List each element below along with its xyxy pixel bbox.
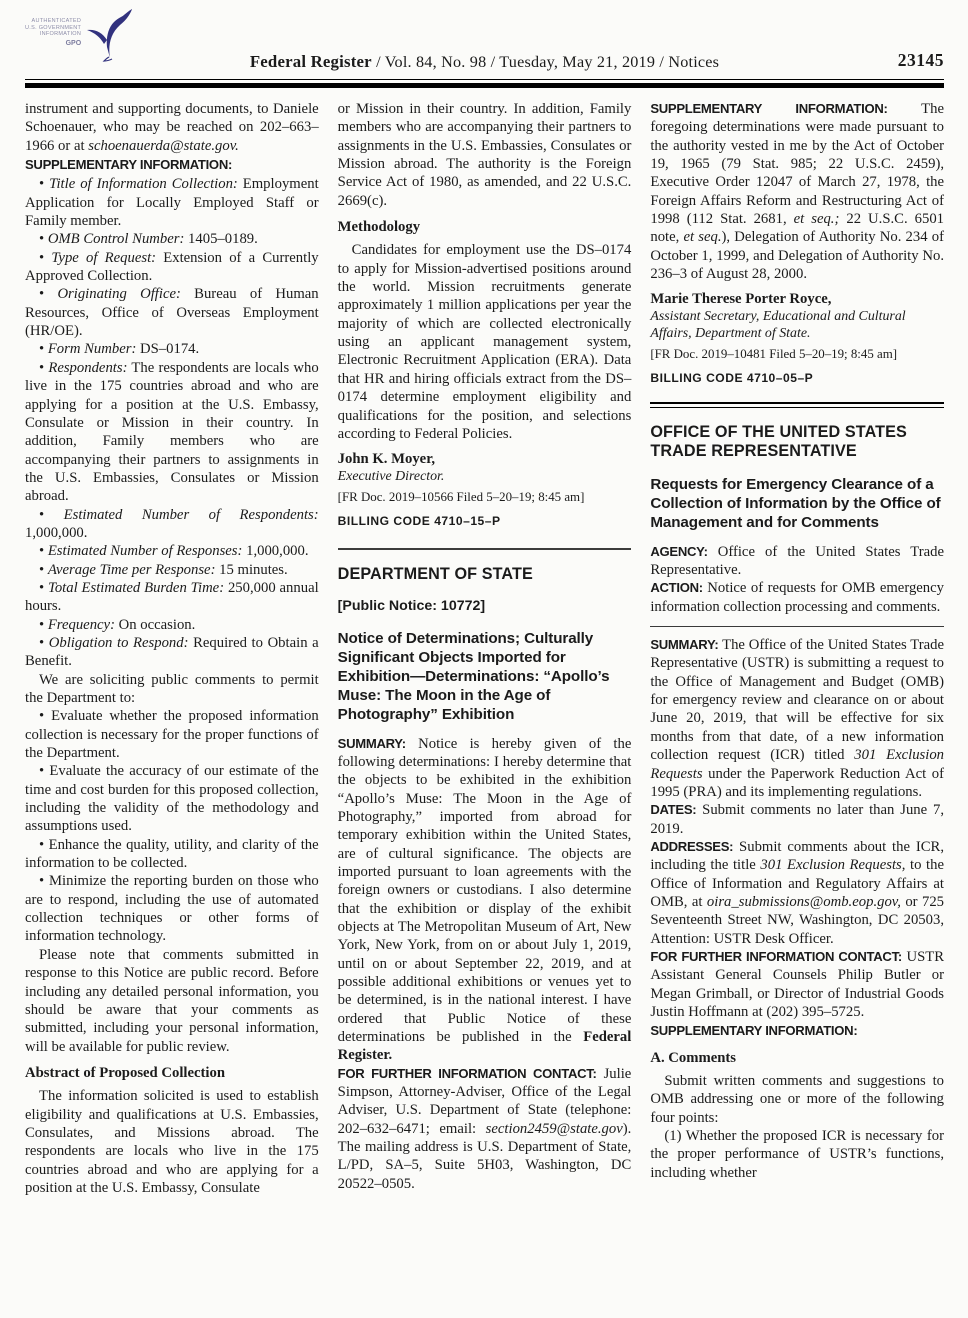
text-run: • Minimize the reporting burden on those…	[25, 873, 319, 944]
bullet-item: • Total Estimated Burden Time: 250,000 a…	[25, 579, 319, 616]
paragraph: or Mission in their country. In addition…	[338, 100, 632, 210]
text-run: Notice is hereby given of the following …	[338, 736, 632, 1046]
text-run: Estimated Number of Respondents:	[64, 507, 319, 523]
federal-register-page: { "header": { "seal": { "line1": "AUTHEN…	[0, 0, 968, 1318]
bullet-item: • Title of Information Collection: Emplo…	[25, 175, 319, 230]
summary-rule	[650, 626, 944, 627]
bullet-item: • Originating Office: Bureau of Human Re…	[25, 285, 319, 340]
text-run: The foregoing determinations were made p…	[650, 101, 944, 227]
gpo-label: GPO	[25, 40, 81, 47]
info-label: SUPPLEMENTARY INFORMATION:	[25, 156, 319, 174]
text-run: 1,000,000.	[242, 543, 308, 559]
labeled-paragraph: SUPPLEMENTARY INFORMATION: The foregoing…	[650, 100, 944, 283]
page-number: 23145	[898, 50, 944, 71]
masthead-title-rest: / Vol. 84, No. 98 / Tuesday, May 21, 201…	[372, 53, 719, 71]
labeled-paragraph: DATES: Submit comments no later than Jun…	[650, 801, 944, 838]
text-run: Notice of Determinations; Culturally Sig…	[338, 630, 610, 723]
text-run: 301 Exclusion Requests,	[760, 857, 905, 873]
text-run: OMB Control Number:	[48, 231, 185, 247]
text-run: [FR Doc. 2019–10481 Filed 5–20–19; 8:45 …	[650, 347, 897, 361]
column-2: or Mission in their country. In addition…	[338, 100, 632, 1197]
labeled-paragraph: FOR FURTHER INFORMATION CONTACT: Julie S…	[338, 1065, 632, 1193]
bullet-item: • Obligation to Respond: Required to Obt…	[25, 634, 319, 671]
paragraph: instrument and supporting documents, to …	[25, 100, 319, 155]
text-run: section2459@state.gov	[486, 1121, 623, 1137]
bullet-item: • Enhance the quality, utility, and clar…	[25, 836, 319, 873]
subsection-heading: Abstract of Proposed Collection	[25, 1064, 319, 1082]
text-run: Please note that comments submitted in r…	[25, 947, 319, 1055]
text-run: John K. Moyer,	[338, 451, 435, 467]
text-run: Respondents:	[48, 360, 127, 376]
text-run: •	[39, 635, 49, 651]
text-run: Methodology	[338, 219, 420, 235]
separator-rule	[338, 548, 632, 550]
text-run: •	[39, 341, 48, 357]
text-run: The information solicited is used to est…	[25, 1088, 319, 1196]
masthead: AUTHENTICATED U.S. GOVERNMENT INFORMATIO…	[25, 6, 944, 88]
text-run: 1405–0189.	[184, 231, 257, 247]
separator-double-rule	[650, 402, 944, 408]
labeled-paragraph: SUMMARY: Notice is hereby given of the f…	[338, 735, 632, 1065]
text-run: Assistant Secretary, Educational and Cul…	[650, 309, 905, 341]
text-run: oira_submissions@omb.eop.gov,	[707, 894, 901, 910]
text-run: Submit written comments and suggestions …	[650, 1073, 944, 1126]
document-title: Notice of Determinations; Culturally Sig…	[338, 629, 632, 724]
signature-name: John K. Moyer,	[338, 450, 632, 468]
text-run: Total Estimated Burden Time:	[48, 580, 224, 596]
text-run: •	[39, 231, 48, 247]
text-run: SUMMARY:	[650, 637, 718, 652]
text-run: •	[39, 286, 57, 302]
text-run: •	[39, 617, 48, 633]
paragraph: The information solicited is used to est…	[25, 1087, 319, 1197]
text-run: BILLING CODE 4710–05–P	[650, 371, 813, 385]
masthead-rule-thin	[25, 79, 944, 80]
text-run: Abstract of Proposed Collection	[25, 1065, 225, 1081]
text-run: Type of Request:	[51, 250, 156, 266]
text-run: ADDRESSES:	[650, 839, 733, 854]
text-run: OFFICE OF THE UNITED STATES TRADE REPRES…	[650, 423, 907, 461]
text-run: •	[39, 543, 48, 559]
paragraph: Please note that comments submitted in r…	[25, 946, 319, 1056]
bullet-item: • Type of Request: Extension of a Curren…	[25, 249, 319, 286]
paragraph: Candidates for employment use the DS–017…	[338, 241, 632, 443]
signature-name: Marie Therese Porter Royce,	[650, 290, 944, 308]
text-run: FOR FURTHER INFORMATION CONTACT:	[650, 949, 902, 964]
text-run: A. Comments	[650, 1050, 736, 1066]
text-run: The Office of the United States Trade Re…	[650, 637, 944, 763]
masthead-rule-thick	[25, 83, 944, 88]
text-run: Estimated Number of Responses:	[48, 543, 243, 559]
text-run: DS–0174.	[136, 341, 199, 357]
paragraph: We are soliciting public comments to per…	[25, 671, 319, 708]
text-run: Average Time per Response:	[48, 562, 216, 578]
signature-title: Assistant Secretary, Educational and Cul…	[650, 309, 944, 343]
text-run: •	[39, 176, 49, 192]
agency-heading: DEPARTMENT OF STATE	[338, 565, 632, 585]
text-run: SUPPLEMENTARY INFORMATION:	[650, 101, 887, 116]
bullet-item: • OMB Control Number: 1405–0189.	[25, 230, 319, 248]
text-run: et seq.;	[794, 211, 840, 227]
billing-code: BILLING CODE 4710–15–P	[338, 512, 632, 530]
signature-title: Executive Director.	[338, 469, 632, 486]
fr-doc-line: [FR Doc. 2019–10566 Filed 5–20–19; 8:45 …	[338, 489, 632, 505]
agency-heading: OFFICE OF THE UNITED STATES TRADE REPRES…	[650, 423, 944, 462]
text-run: We are soliciting public comments to per…	[25, 672, 319, 706]
text-run: et seq.	[683, 229, 721, 245]
text-run: •	[39, 360, 48, 376]
subsection-heading: Methodology	[338, 218, 632, 236]
billing-code: BILLING CODE 4710–05–P	[650, 369, 944, 387]
text-run: [Public Notice: 10772]	[338, 598, 485, 614]
text-run: The respondents are locals who live in t…	[25, 360, 319, 504]
bullet-item: • Respondents: The respondents are local…	[25, 359, 319, 506]
text-run: On occasion.	[115, 617, 195, 633]
text-run: Originating Office:	[57, 286, 180, 302]
paragraph: Submit written comments and suggestions …	[650, 1072, 944, 1127]
text-run: •	[39, 250, 51, 266]
text-run: •	[39, 562, 48, 578]
subsection-heading: A. Comments	[650, 1049, 944, 1067]
masthead-title-bold: Federal Register	[250, 52, 372, 71]
fr-doc-line: [FR Doc. 2019–10481 Filed 5–20–19; 8:45 …	[650, 346, 944, 362]
labeled-paragraph: FOR FURTHER INFORMATION CONTACT: USTR As…	[650, 948, 944, 1021]
text-run: Frequency:	[48, 617, 115, 633]
text-run: AGENCY:	[650, 544, 707, 559]
page: AUTHENTICATED U.S. GOVERNMENT INFORMATIO…	[0, 0, 968, 1197]
seal-text: AUTHENTICATED U.S. GOVERNMENT INFORMATIO…	[25, 18, 81, 47]
document-title: Requests for Emergency Clearance of a Co…	[650, 475, 944, 532]
text-run: DEPARTMENT OF STATE	[338, 565, 533, 583]
text-run: • Enhance the quality, utility, and clar…	[25, 837, 319, 871]
text-run: schoenauerda@state.gov.	[88, 138, 239, 154]
text-run: Executive Director.	[338, 469, 445, 484]
masthead-title: Federal Register / Vol. 84, No. 98 / Tue…	[25, 6, 944, 72]
bullet-item: • Estimated Number of Respondents: 1,000…	[25, 506, 319, 543]
column-1: instrument and supporting documents, to …	[25, 100, 319, 1197]
column-3: SUPPLEMENTARY INFORMATION: The foregoing…	[650, 100, 944, 1197]
text-run: Requests for Emergency Clearance of a Co…	[650, 476, 940, 531]
paragraph: (1) Whether the proposed ICR is necessar…	[650, 1127, 944, 1182]
seal-line: INFORMATION	[25, 31, 81, 38]
bullet-item: • Estimated Number of Responses: 1,000,0…	[25, 542, 319, 560]
labeled-paragraph: SUMMARY: The Office of the United States…	[650, 636, 944, 801]
text-run: Obligation to Respond:	[49, 635, 189, 651]
bullet-item: • Evaluate the accuracy of our estimate …	[25, 762, 319, 835]
text-run: 15 minutes.	[215, 562, 287, 578]
text-run: Form Number:	[48, 341, 137, 357]
text-run: FOR FURTHER INFORMATION CONTACT:	[338, 1066, 597, 1081]
text-run: Marie Therese Porter Royce,	[650, 291, 831, 307]
bullet-item: • Minimize the reporting burden on those…	[25, 872, 319, 945]
bullet-item: • Average Time per Response: 15 minutes.	[25, 561, 319, 579]
gpo-eagle-logo-icon	[83, 8, 135, 67]
text-run: • Evaluate the accuracy of our estimate …	[25, 763, 319, 834]
text-run: 1,000,000.	[25, 525, 87, 541]
text-run: Candidates for employment use the DS–017…	[338, 242, 632, 441]
text-run: SUPPLEMENTARY INFORMATION:	[25, 157, 232, 172]
text-run: SUMMARY:	[338, 736, 406, 751]
text-run: or Mission in their country. In addition…	[338, 101, 632, 209]
bullet-item: • Frequency: On occasion.	[25, 616, 319, 634]
bullet-item: • Evaluate whether the proposed informat…	[25, 707, 319, 762]
text-run: (1) Whether the proposed ICR is necessar…	[650, 1128, 944, 1181]
labeled-paragraph: ADDRESSES: Submit comments about the ICR…	[650, 838, 944, 948]
bullet-item: • Form Number: DS–0174.	[25, 340, 319, 358]
labeled-paragraph: ACTION: Notice of requests for OMB emerg…	[650, 579, 944, 616]
text-run: Title of Information Collection:	[49, 176, 238, 192]
text-run: DATES:	[650, 802, 696, 817]
text-run: •	[39, 507, 64, 523]
labeled-paragraph: AGENCY: Office of the United States Trad…	[650, 543, 944, 580]
text-run: • Evaluate whether the proposed informat…	[25, 708, 319, 761]
text-run: BILLING CODE 4710–15–P	[338, 514, 501, 528]
seal-line: AUTHENTICATED	[25, 18, 81, 25]
text-run: •	[39, 580, 48, 596]
info-label: SUPPLEMENTARY INFORMATION:	[650, 1022, 944, 1040]
gpo-authentication-seal: AUTHENTICATED U.S. GOVERNMENT INFORMATIO…	[25, 8, 135, 67]
text-run: [FR Doc. 2019–10566 Filed 5–20–19; 8:45 …	[338, 490, 585, 504]
text-run: SUPPLEMENTARY INFORMATION:	[650, 1023, 857, 1038]
public-notice-number: [Public Notice: 10772]	[338, 597, 632, 615]
text-columns: instrument and supporting documents, to …	[25, 100, 944, 1197]
text-run: ACTION:	[650, 580, 702, 595]
